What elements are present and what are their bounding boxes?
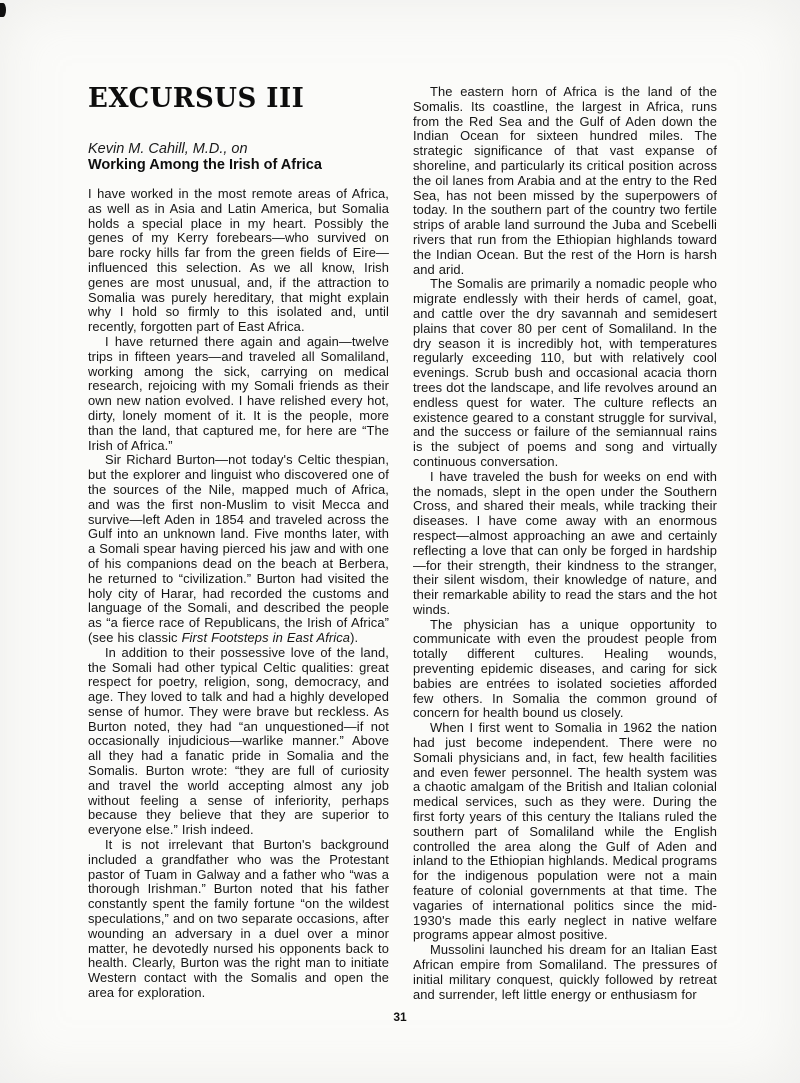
paragraph-right-2: The Somalis are primarily a nomadic peop… bbox=[413, 277, 717, 469]
left-column: EXCURSUS III Kevin M. Cahill, M.D., on W… bbox=[88, 85, 389, 1001]
book-page: EXCURSUS III Kevin M. Cahill, M.D., on W… bbox=[0, 0, 800, 1083]
book-title-italic: First Footsteps in East Africa bbox=[182, 630, 351, 645]
page-number: 31 bbox=[0, 1010, 800, 1024]
paragraph-left-2: I have returned there again and again—tw… bbox=[88, 335, 389, 453]
byline-author: Kevin M. Cahill, M.D., on bbox=[88, 141, 389, 157]
byline: Kevin M. Cahill, M.D., on Working Among … bbox=[88, 141, 389, 174]
paragraph-right-4: The physician has a unique opportunity t… bbox=[413, 618, 717, 722]
paragraph-left-3-end: ). bbox=[350, 630, 358, 645]
paragraph-left-5: It is not irrelevant that Burton's backg… bbox=[88, 838, 389, 1001]
paragraph-left-4: In addition to their possessive love of … bbox=[88, 646, 389, 838]
page-title: EXCURSUS III bbox=[88, 85, 389, 112]
paragraph-right-3: I have traveled the bush for weeks on en… bbox=[413, 470, 717, 618]
right-column: The eastern horn of Africa is the land o… bbox=[413, 85, 717, 1002]
left-column-body: I have worked in the most remote areas o… bbox=[88, 187, 389, 1001]
paragraph-right-1: The eastern horn of Africa is the land o… bbox=[413, 85, 717, 277]
paragraph-left-3: Sir Richard Burton—not today's Celtic th… bbox=[88, 453, 389, 645]
scan-artifact bbox=[0, 3, 6, 17]
paragraph-right-5: When I first went to Somalia in 1962 the… bbox=[413, 721, 717, 943]
paragraph-left-3-text: Sir Richard Burton—not today's Celtic th… bbox=[88, 452, 389, 645]
byline-subtitle: Working Among the Irish of Africa bbox=[88, 157, 389, 174]
paragraph-right-6: Mussolini launched his dream for an Ital… bbox=[413, 943, 717, 1002]
paragraph-left-1: I have worked in the most remote areas o… bbox=[88, 187, 389, 335]
